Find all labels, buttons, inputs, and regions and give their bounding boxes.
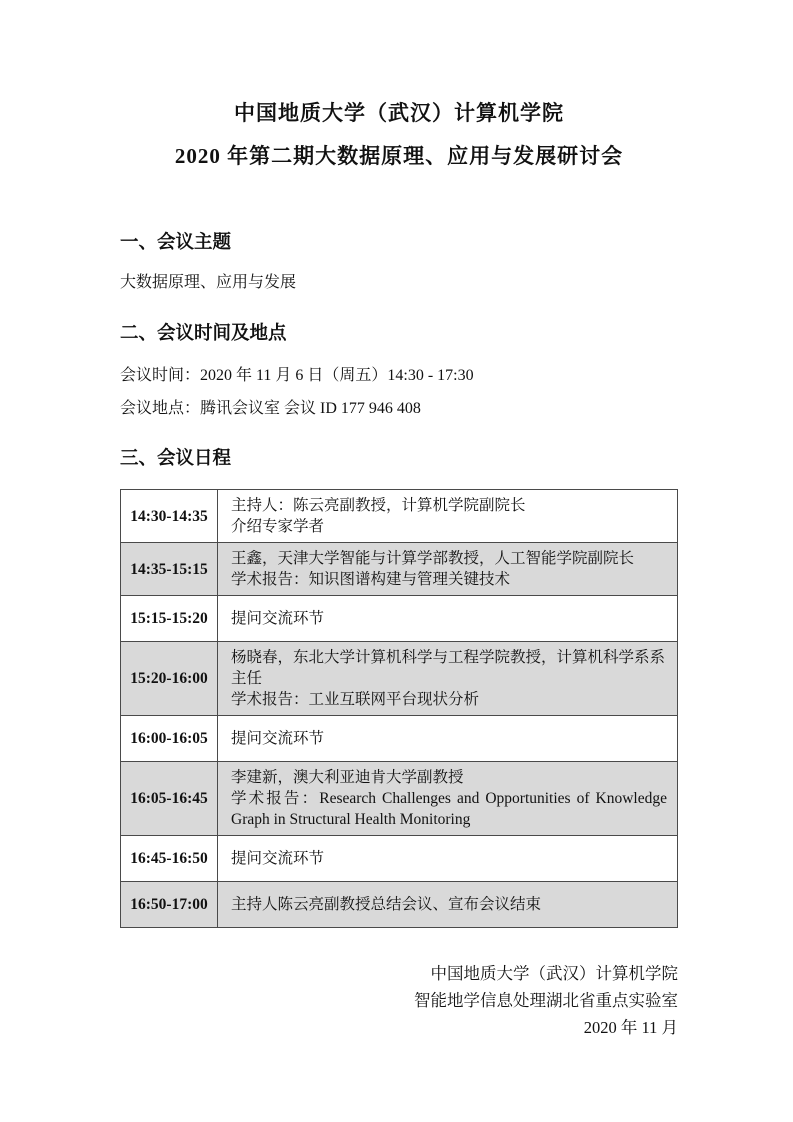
session-line: 学术报告：工业互联网平台现状分析 [231, 689, 667, 710]
time-cell: 15:20-16:00 [121, 642, 218, 716]
session-line: 提问交流环节 [231, 728, 667, 749]
table-row: 15:15-15:20 提问交流环节 [121, 596, 678, 642]
schedule-table: 14:30-14:35 主持人：陈云亮副教授，计算机学院副院长 介绍专家学者 1… [120, 489, 678, 928]
session-line: 学术报告：知识图谱构建与管理关键技术 [231, 569, 667, 590]
session-line: 介绍专家学者 [231, 516, 667, 537]
time-cell: 14:30-14:35 [121, 490, 218, 543]
section-heading-topic: 一、会议主题 [120, 232, 678, 254]
meeting-time: 会议时间：2020 年 11 月 6 日（周五）14:30 - 17:30 [120, 365, 678, 386]
session-line: 提问交流环节 [231, 848, 667, 869]
time-cell: 16:05-16:45 [121, 762, 218, 836]
session-cell: 杨晓春，东北大学计算机科学与工程学院教授，计算机科学系系主任 学术报告：工业互联… [218, 642, 678, 716]
session-cell: 主持人：陈云亮副教授，计算机学院副院长 介绍专家学者 [218, 490, 678, 543]
table-row: 16:50-17:00 主持人陈云亮副教授总结会议、宣布会议结束 [121, 882, 678, 928]
session-cell: 提问交流环节 [218, 716, 678, 762]
time-cell: 16:50-17:00 [121, 882, 218, 928]
session-cell: 主持人陈云亮副教授总结会议、宣布会议结束 [218, 882, 678, 928]
section-heading-time-place: 二、会议时间及地点 [120, 323, 678, 345]
time-cell: 15:15-15:20 [121, 596, 218, 642]
table-row: 16:00-16:05 提问交流环节 [121, 716, 678, 762]
topic-body: 大数据原理、应用与发展 [120, 272, 678, 293]
session-line: 主持人陈云亮副教授总结会议、宣布会议结束 [231, 894, 667, 915]
session-cell: 提问交流环节 [218, 836, 678, 882]
session-cell: 王鑫，天津大学智能与计算学部教授，人工智能学院副院长 学术报告：知识图谱构建与管… [218, 543, 678, 596]
session-line: 王鑫，天津大学智能与计算学部教授，人工智能学院副院长 [231, 548, 667, 569]
doc-title-line2: 2020 年第二期大数据原理、应用与发展研讨会 [120, 135, 678, 178]
session-line: 学术报告：Research Challenges and Opportuniti… [231, 788, 667, 830]
footer-organization: 中国地质大学（武汉）计算机学院 [120, 960, 678, 987]
table-row: 15:20-16:00 杨晓春，东北大学计算机科学与工程学院教授，计算机科学系系… [121, 642, 678, 716]
table-row: 16:05-16:45 李建新，澳大利亚迪肯大学副教授 学术报告：Researc… [121, 762, 678, 836]
doc-title-line1: 中国地质大学（武汉）计算机学院 [120, 92, 678, 135]
meeting-place: 会议地点：腾讯会议室 会议 ID 177 946 408 [120, 398, 678, 419]
session-cell: 提问交流环节 [218, 596, 678, 642]
time-cell: 14:35-15:15 [121, 543, 218, 596]
session-line: 李建新，澳大利亚迪肯大学副教授 [231, 767, 667, 788]
table-row: 14:35-15:15 王鑫，天津大学智能与计算学部教授，人工智能学院副院长 学… [121, 543, 678, 596]
session-line: 提问交流环节 [231, 608, 667, 629]
table-row: 16:45-16:50 提问交流环节 [121, 836, 678, 882]
document-page: 中国地质大学（武汉）计算机学院 2020 年第二期大数据原理、应用与发展研讨会 … [0, 0, 793, 1122]
time-cell: 16:00-16:05 [121, 716, 218, 762]
session-line: 杨晓春，东北大学计算机科学与工程学院教授，计算机科学系系主任 [231, 647, 667, 689]
section-heading-agenda: 三、会议日程 [120, 448, 678, 470]
session-line: 主持人：陈云亮副教授，计算机学院副院长 [231, 495, 667, 516]
doc-title: 中国地质大学（武汉）计算机学院 2020 年第二期大数据原理、应用与发展研讨会 [120, 92, 678, 178]
table-row: 14:30-14:35 主持人：陈云亮副教授，计算机学院副院长 介绍专家学者 [121, 490, 678, 543]
footer-laboratory: 智能地学信息处理湖北省重点实验室 [120, 987, 678, 1014]
footer-date: 2020 年 11 月 [120, 1014, 678, 1041]
time-cell: 16:45-16:50 [121, 836, 218, 882]
session-cell: 李建新，澳大利亚迪肯大学副教授 学术报告：Research Challenges… [218, 762, 678, 836]
doc-footer: 中国地质大学（武汉）计算机学院 智能地学信息处理湖北省重点实验室 2020 年 … [120, 960, 678, 1041]
